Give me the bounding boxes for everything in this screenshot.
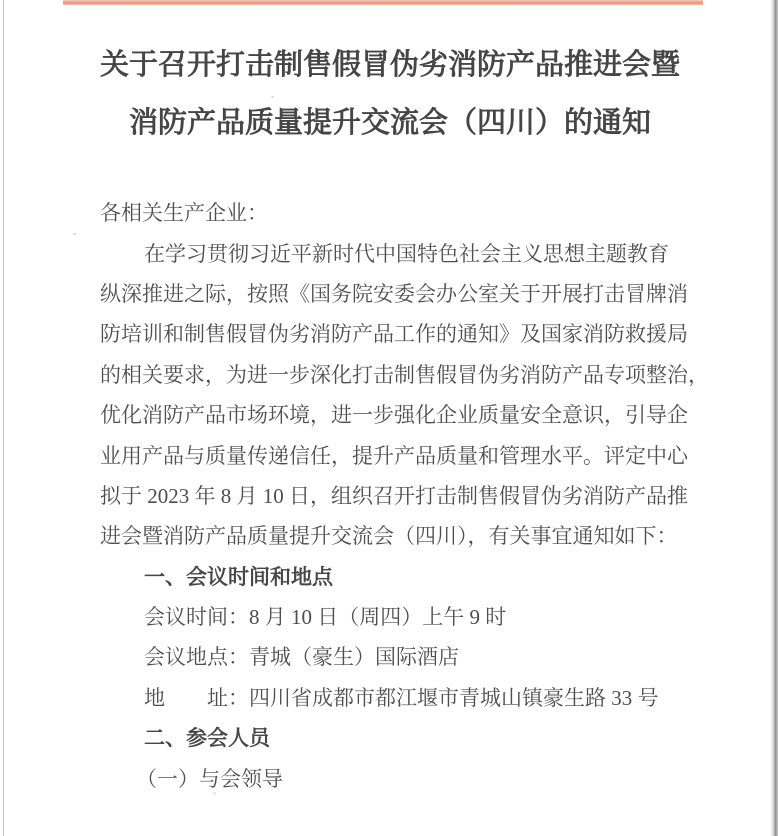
paragraph-line: 纵深推进之际，按照《国务院安委会办公室关于开展打击冒牌消 (100, 273, 686, 313)
letterhead-red-rule (63, 0, 703, 5)
section-heading-1: 一、会议时间和地点 (100, 556, 686, 596)
meeting-time-line: 会议时间：8 月 10 日（周四）上午 9 时 (100, 596, 686, 636)
paragraph-line: 拟于 2023 年 8 月 10 日，组织召开打击制售假冒伪劣消防产品推 (100, 475, 686, 515)
scan-edge-left (3, 0, 4, 836)
salutation-line: 各相关生产企业： (100, 192, 686, 232)
paragraph-line: 进会暨消防产品质量提升交流会（四川），有关事宜通知如下： (100, 515, 686, 555)
section-heading-2: 二、参会人员 (100, 717, 686, 757)
meeting-address-line: 地 址：四川省成都市都江堰市青城山镇豪生路 33 号 (100, 677, 686, 717)
subsection-heading: （一）与会领导 (100, 757, 686, 797)
scanned-notice-page: 关于召开打击制售假冒伪劣消防产品推进会暨 消防产品质量提升交流会（四川）的通知 … (0, 0, 778, 836)
paragraph-line: 的相关要求，为进一步深化打击制售假冒伪劣消防产品专项整治， (100, 354, 686, 394)
notice-body: 各相关生产企业： 在学习贯彻习近平新时代中国特色社会主义思想主题教育 纵深推进之… (100, 192, 686, 798)
notice-title: 关于召开打击制售假冒伪劣消防产品推进会暨 消防产品质量提升交流会（四川）的通知 (99, 36, 681, 152)
paragraph-line: 在学习贯彻习近平新时代中国特色社会主义思想主题教育 (100, 232, 686, 272)
paragraph-line: 业用产品与质量传递信任，提升产品质量和管理水平。评定中心 (100, 434, 686, 474)
paragraph-line: 优化消防产品市场环境，进一步强化企业质量安全意识，引导企 (100, 394, 686, 434)
notice-title-line2: 消防产品质量提升交流会（四川）的通知 (99, 94, 681, 152)
meeting-venue-line: 会议地点：青城（豪生）国际酒店 (100, 636, 686, 676)
paragraph-line: 防培训和制售假冒伪劣消防产品工作的通知》及国家消防救援局 (100, 313, 686, 353)
notice-title-line1: 关于召开打击制售假冒伪劣消防产品推进会暨 (99, 36, 681, 94)
scan-edge-shadow-right (770, 0, 778, 836)
scan-speck (73, 233, 76, 235)
